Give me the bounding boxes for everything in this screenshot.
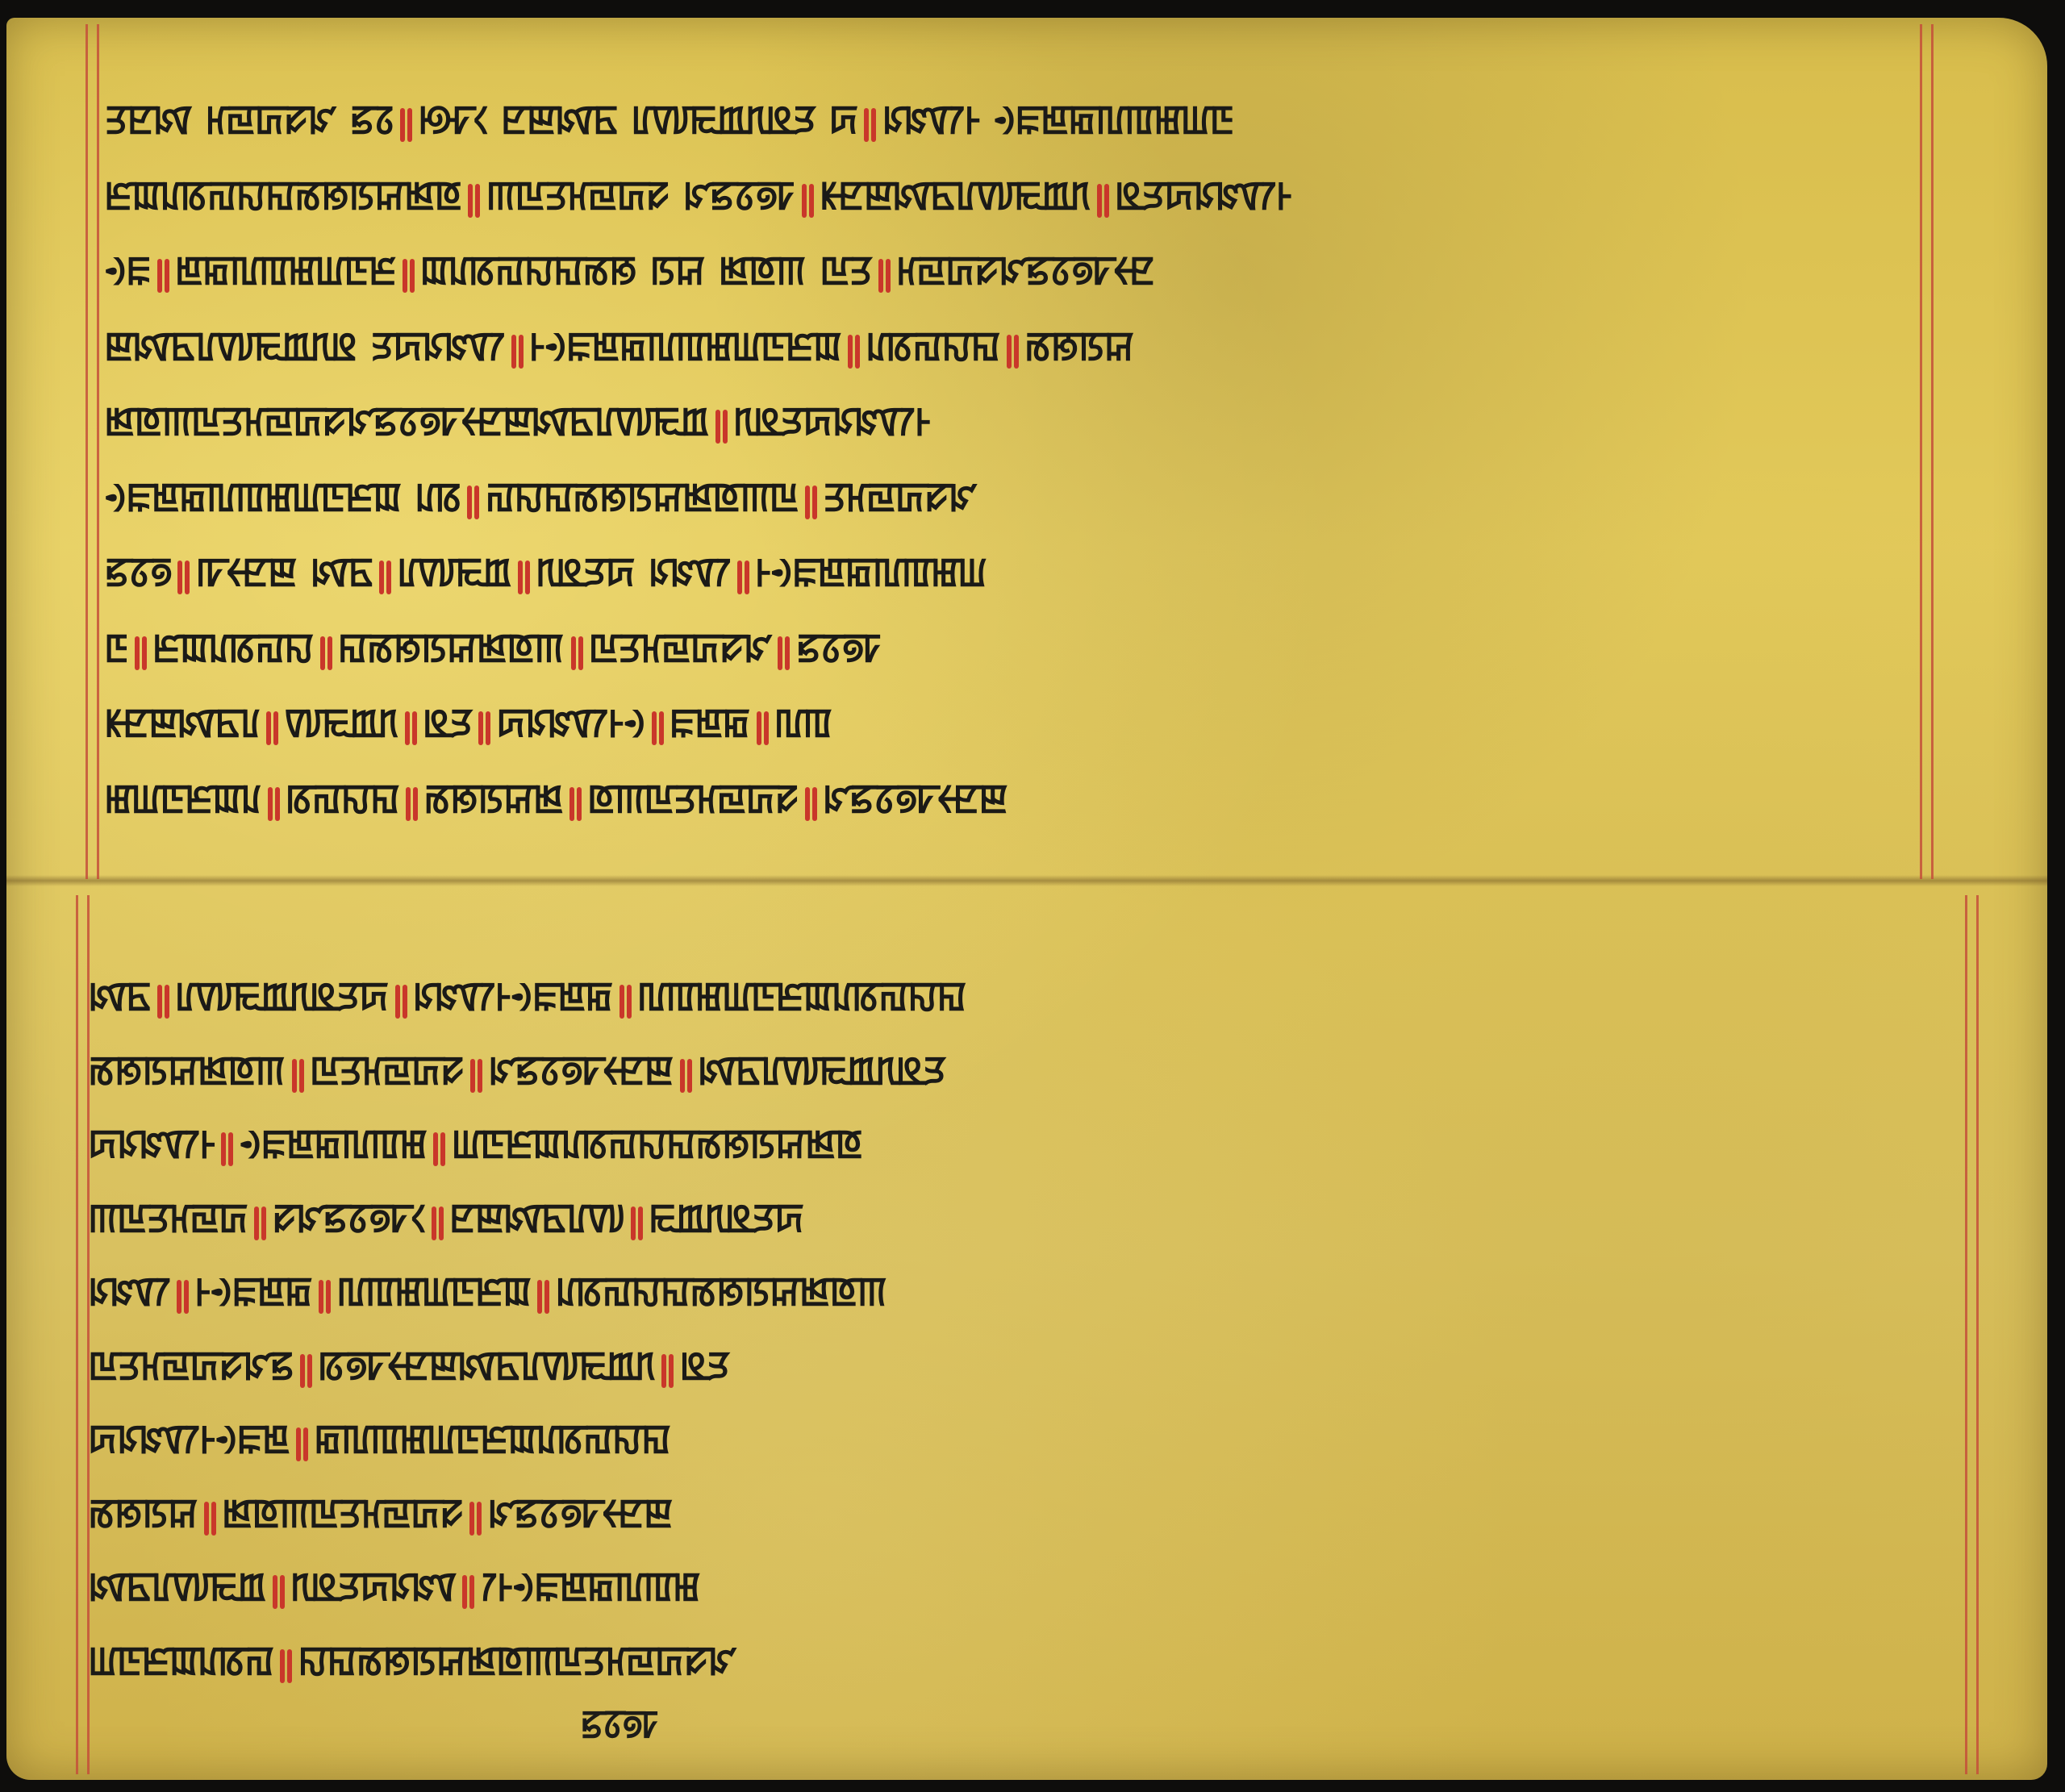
double-danda-mark (517, 559, 532, 596)
script-text: ꡲꡳꡀꡁꡂ (195, 1269, 313, 1315)
double-danda-mark (253, 1205, 268, 1242)
script-text: ꡁꡂꡃꡄꡅꡆꡇꡈ (176, 248, 397, 294)
double-danda-mark (291, 1057, 306, 1094)
double-danda-mark (478, 710, 492, 747)
double-danda-mark (279, 1648, 294, 1685)
script-text: ꡛꡜꡝꡞꡟꡠꡡ (273, 1194, 426, 1240)
upper-text-line: ꡣꡤꡥꡦꡧꡨꡩꡪꡫꡬ ꡭꡮꡯꡰꡱꡲꡳꡀꡁꡂꡃꡄꡅꡆꡇꡈꡉꡊꡋꡌꡍꡎꡏꡐꡑꡒ (105, 322, 1920, 370)
script-text: ꡃꡄꡅꡆꡇꡈꡉ (337, 1269, 532, 1315)
right-margin-rule-lower (1965, 895, 1967, 1774)
script-text: ꡕꡖꡗꡘꡙꡚꡛ ꡜꡝꡞꡟꡠ (486, 172, 795, 218)
double-danda-mark (1006, 333, 1020, 370)
double-danda-mark (378, 559, 393, 596)
double-danda-mark (570, 635, 585, 672)
lower-text-line: ꡏꡐꡑꡒꡓꡔꡕꡖꡗꡘꡙꡚꡛꡜꡝꡞꡟꡠꡡꡢꡣ (89, 1489, 1960, 1537)
script-text: ꡧꡨꡩꡪꡫ (285, 700, 398, 746)
double-danda-mark (536, 1278, 551, 1315)
script-text: ꡮꡯꡰꡱꡲꡳꡀꡁ (89, 1416, 290, 1462)
upper-text-line: ꡇꡈꡉꡊꡋꡌꡍꡎꡏꡐꡑꡒꡓꡔꡕꡖꡗꡘꡙꡚꡛꡜꡝꡞꡟꡠ (105, 623, 1920, 672)
lower-text-line: ꡯꡰꡱꡲꡳꡀꡁꡂꡃꡄꡅꡆꡇꡈꡉꡊꡋꡌꡍꡎꡏꡐꡑꡒꡓꡔꡕ (89, 1267, 1960, 1315)
script-text: ꡔꡕꡖꡗꡘꡙꡚꡛ (588, 775, 799, 821)
double-danda-mark (318, 1278, 332, 1315)
script-text: ꡖꡗꡘꡙꡚꡛꡜ (590, 624, 773, 670)
script-text: ꡈꡉꡊꡋꡌꡍꡎꡏꡐꡑꡒꡓꡔ (105, 172, 462, 218)
double-danda-mark (863, 106, 878, 144)
double-danda-mark (461, 1573, 476, 1611)
script-text: ꡜꡝꡞꡟꡠꡡꡢꡣ (824, 775, 1008, 821)
script-text: ꡏꡐꡑꡒꡓꡔꡕ (89, 1047, 286, 1093)
script-text: ꡬꡭ (680, 1342, 730, 1388)
script-text: ꡳꡀ (105, 248, 152, 294)
script-text: ꡩꡪꡫꡬꡭꡮ (649, 1194, 804, 1240)
script-text: ꡀꡁꡂ (670, 700, 751, 746)
double-danda-mark (299, 1352, 314, 1390)
double-danda-mark (431, 1205, 445, 1242)
script-text: ꡡꡢꡣꡤꡥꡦꡧꡨꡩꡪꡫ (820, 172, 1091, 218)
double-danda-mark (619, 983, 633, 1020)
right-margin-rule-upper (1920, 24, 1922, 879)
lower-text-line: ꡖꡗꡘꡙꡚꡛꡜꡝꡞꡟꡠꡡꡢꡣꡤꡥꡦꡧꡨꡩꡪꡫꡬꡭ (89, 1341, 1960, 1390)
script-text: ꡏꡐꡑꡒꡓ (424, 775, 564, 821)
double-danda-mark (134, 635, 148, 672)
script-text: ꡗꡢꡤ ꡘꡙꡚꡛꡜ ꡝꡞ (105, 97, 394, 143)
script-text: ꡏꡐꡑꡒ (1025, 323, 1135, 369)
marginal-note: ꡝꡞꡟꡠ (581, 1698, 659, 1746)
left-margin-rule-lower (76, 895, 78, 1774)
script-text: ꡮꡯꡰꡱꡲ (89, 1121, 215, 1167)
script-text: ꡋꡌꡍꡎ (286, 775, 401, 821)
double-danda-mark (156, 257, 171, 294)
upper-text-line: ꡝꡞꡟꡠꡡꡢꡣ ꡤꡥꡦꡧꡨꡩꡪꡫꡬꡭꡮ ꡯꡰꡱꡲꡳꡀꡁꡂꡃꡄꡅꡆ (105, 548, 1920, 596)
script-text: ꡯꡰꡱ (89, 1269, 171, 1315)
script-text: ꡯꡰꡱꡲ ꡳꡀꡁꡂꡃꡄꡅꡆꡇ (882, 97, 1234, 143)
double-danda-mark (156, 983, 171, 1020)
double-danda-mark (176, 1278, 190, 1315)
script-text: ꡲꡳꡀꡁꡂꡃꡄꡅꡆꡇꡈꡉ (530, 323, 842, 369)
double-danda-mark (220, 1131, 235, 1168)
script-text: ꡜꡝꡞꡟꡠꡡꡢꡣ (488, 1490, 673, 1536)
double-danda-mark (203, 1500, 218, 1537)
double-danda-mark (630, 1205, 645, 1242)
script-text: ꡢꡣꡤꡥꡦꡧꡨ (450, 1194, 625, 1240)
script-text: ꡞꡟꡠꡡꡢꡣꡤꡥꡦꡧꡨꡩꡪꡫ (319, 1342, 657, 1388)
script-text: ꡣꡤꡥꡦꡧꡨꡩꡪꡫꡬ ꡭꡮꡯꡰꡱ (105, 323, 506, 369)
lower-text-line: ꡏꡐꡑꡒꡓꡔꡕꡖꡗꡘꡙꡚꡛꡜꡝꡞꡟꡠꡡꡢꡣꡤꡥꡦꡧꡨꡩꡪꡫꡬꡭ (89, 1046, 1960, 1094)
double-danda-mark (432, 1131, 447, 1168)
double-danda-mark (511, 333, 525, 370)
right-margin-rule-lower-2 (1976, 895, 1979, 1774)
script-text: ꡳꡀꡁꡂꡃꡄꡅꡆꡇꡈꡉ ꡊꡋ (105, 473, 461, 519)
lower-text-line: ꡮꡯꡰꡱꡲꡳꡀꡁꡂꡃꡄꡅꡆꡇꡈꡉꡊꡋꡌꡍꡎ (89, 1415, 1960, 1463)
script-text: ꡎꡏꡐꡑꡒꡓꡔꡕ (339, 624, 565, 670)
double-danda-mark (404, 710, 419, 747)
script-text: ꡌꡍꡎꡏꡐꡑꡒꡓꡔꡕꡖ (486, 473, 799, 519)
script-text: ꡉꡊꡋꡌꡍꡎꡏꡐ ꡑꡒ ꡓꡔꡕ ꡖꡗ (421, 248, 873, 294)
script-text: ꡘꡙꡚꡛꡜꡝꡞꡟꡠꡡꡢ (897, 248, 1155, 294)
script-text: ꡫꡬꡭꡮꡯꡰ (291, 1564, 457, 1610)
upper-text-line: ꡡꡢꡣꡤꡥꡦꡧꡨꡩꡪꡫꡬꡭꡮꡯꡰꡱꡲꡳꡀꡁꡂꡃꡄ (105, 698, 1920, 747)
double-danda-mark (399, 106, 414, 144)
script-text: ꡅꡆꡇꡈꡉꡊ (105, 775, 262, 821)
double-danda-mark (804, 786, 819, 823)
script-text: ꡜꡝꡞꡟꡠꡡꡢꡣ (489, 1047, 674, 1093)
script-text: ꡦꡧꡨꡩꡪꡫꡬꡭꡮ (176, 973, 390, 1019)
double-danda-mark (272, 1573, 286, 1611)
lower-text-line: ꡮꡯꡰꡱꡲꡳꡀꡁꡂꡃꡄꡅꡆꡇꡈꡉꡊꡋꡌꡍꡎꡏꡐꡑꡒꡓꡔ (89, 1119, 1960, 1168)
script-text: ꡳꡀꡁꡂꡃꡄꡅ (240, 1121, 428, 1167)
script-text: ꡯꡰꡱꡲꡳꡀꡁꡂ (414, 973, 614, 1019)
script-text: ꡍꡎꡏꡐꡑꡒꡓꡔꡕꡖꡗꡘꡙꡚꡛꡜ (298, 1637, 736, 1683)
script-text: ꡊꡋꡌꡍꡎꡏꡐꡑꡒꡓꡔꡕ (556, 1269, 887, 1315)
double-danda-mark (177, 559, 191, 596)
script-text: ꡃꡄꡅꡆꡇꡈꡉꡊꡋꡌꡍꡎ (638, 973, 967, 1019)
double-danda-mark (651, 710, 665, 747)
double-danda-mark (402, 257, 416, 294)
double-danda-mark (661, 1352, 675, 1390)
double-danda-mark (777, 635, 791, 672)
script-text: ꡤꡥꡦꡧꡨꡩꡪꡫꡬꡭ (699, 1047, 946, 1093)
double-danda-mark (469, 1500, 483, 1537)
double-danda-mark (466, 484, 481, 521)
script-text: ꡤꡥꡦꡧꡨꡩꡪ (89, 1564, 267, 1610)
script-text: ꡕꡖꡗꡘꡙꡚ (89, 1194, 248, 1240)
double-danda-mark (394, 983, 409, 1020)
double-danda-mark (405, 786, 419, 823)
upper-text-line: ꡓꡔꡕꡖꡗꡘꡙꡚꡛꡜꡝꡞꡟꡠꡡꡢꡣꡤꡥꡦꡧꡨꡩꡪꡫꡬꡭꡮꡯꡰꡱꡲ (105, 397, 1920, 445)
script-text: ꡃꡄ (775, 700, 833, 746)
script-text: ꡦꡧꡨꡩꡪ (398, 549, 512, 595)
lower-text-line: ꡤꡥꡦꡧꡨꡩꡪꡫꡬꡭꡮꡯꡰꡱꡲꡳꡀꡁꡂꡃꡄꡅꡆꡇꡈꡉꡊꡋꡌꡍꡎ (89, 972, 1960, 1020)
upper-text-line: ꡳꡀꡁꡂꡃꡄꡅꡆꡇꡈꡉ ꡊꡋꡌꡍꡎꡏꡐꡑꡒꡓꡔꡕꡖꡗꡘꡙꡚꡛꡜ (105, 473, 1920, 521)
left-margin-rule-upper (86, 24, 88, 879)
script-text: ꡇ (105, 624, 129, 670)
double-danda-mark (804, 484, 819, 521)
double-danda-mark (756, 710, 770, 747)
script-text: ꡠꡡꡢꡣ ꡤꡥ (196, 549, 373, 595)
left-margin-rule-upper-2 (97, 24, 99, 879)
script-text: ꡫꡬꡭꡮ ꡯꡰꡱ (536, 549, 732, 595)
double-danda-mark (319, 635, 334, 672)
script-text: ꡓꡔꡕꡖꡗꡘꡙꡚꡛ (223, 1490, 464, 1536)
double-danda-mark (1096, 182, 1111, 219)
script-text: ꡝꡞꡟ (105, 549, 172, 595)
double-danda-mark (878, 257, 892, 294)
double-danda-mark (469, 1057, 484, 1094)
lower-text-line: ꡤꡥꡦꡧꡨꡩꡪꡫꡬꡭꡮꡯꡰꡱꡲꡳꡀꡁꡂꡃꡄꡅ (89, 1562, 1960, 1611)
upper-text-line: ꡅꡆꡇꡈꡉꡊꡋꡌꡍꡎꡏꡐꡑꡒꡓꡔꡕꡖꡗꡘꡙꡚꡛꡜꡝꡞꡟꡠꡡꡢꡣ (105, 774, 1920, 823)
upper-text-line: ꡗꡢꡤ ꡘꡙꡚꡛꡜ ꡝꡞꡟꡠꡡ ꡢꡣꡤꡥ ꡦꡧꡨꡩꡪꡫꡬꡭ ꡮꡯꡰꡱꡲ ꡳꡀꡁꡂ… (105, 95, 1920, 144)
double-danda-mark (265, 710, 280, 747)
lower-text-line: ꡕꡖꡗꡘꡙꡚꡛꡜꡝꡞꡟꡠꡡꡢꡣꡤꡥꡦꡧꡨꡩꡪꡫꡬꡭꡮ (89, 1194, 1960, 1242)
script-text: ꡲꡳꡀꡁꡂꡃꡄꡅꡆ (756, 549, 987, 595)
double-danda-mark (267, 786, 282, 823)
script-text: ꡈꡉꡊꡋꡌꡍ (153, 624, 315, 670)
script-text: ꡡꡢꡣꡤꡥꡦ (105, 700, 261, 746)
double-danda-mark (801, 182, 816, 219)
double-danda-mark (847, 333, 861, 370)
script-text: ꡝꡞꡟꡠ (796, 624, 882, 670)
script-text: ꡊꡋꡌꡍꡎ (866, 323, 1001, 369)
upper-text-line: ꡳꡀꡁꡂꡃꡄꡅꡆꡇꡈꡉꡊꡋꡌꡍꡎꡏꡐ ꡑꡒ ꡓꡔꡕ ꡖꡗꡘꡙꡚꡛꡜꡝꡞꡟꡠꡡꡢ (105, 246, 1920, 294)
center-fold-crease (6, 875, 2047, 886)
double-danda-mark (715, 408, 729, 445)
script-text: ꡓꡔꡕꡖꡗꡘꡙꡚꡛꡜꡝꡞꡟꡠꡡꡢꡣꡤꡥꡦꡧꡨꡩꡪ (105, 398, 710, 444)
script-text: ꡫꡬꡭꡮꡯꡰꡱꡲ (734, 398, 931, 444)
script-text: ꡆꡇꡈꡉꡊꡋꡌ (89, 1637, 274, 1683)
double-danda-mark (467, 182, 482, 219)
double-danda-mark (736, 559, 751, 596)
script-text: ꡬꡭ (423, 700, 473, 746)
right-margin-rule-upper-2 (1931, 24, 1934, 879)
double-danda-mark (569, 786, 583, 823)
script-text: ꡏꡐꡑꡒ (89, 1490, 198, 1536)
script-text: ꡬꡭꡮꡯꡰꡱꡲ (1116, 172, 1292, 218)
script-text: ꡖꡗꡘꡙꡚꡛ (311, 1047, 465, 1093)
double-danda-mark (295, 1426, 310, 1463)
script-text: ꡱꡲꡳꡀꡁꡂꡃꡄꡅ (481, 1564, 701, 1610)
script-text: ꡂꡃꡄꡅꡆꡇꡈꡉꡊꡋꡌꡍꡎ (315, 1416, 671, 1462)
lower-text-line: ꡆꡇꡈꡉꡊꡋꡌꡍꡎꡏꡐꡑꡒꡓꡔꡕꡖꡗꡘꡙꡚꡛꡜ (89, 1636, 1960, 1685)
double-danda-mark (679, 1057, 694, 1094)
script-text: ꡟꡠꡡ ꡢꡣꡤꡥ ꡦꡧꡨꡩꡪꡫꡬꡭ ꡮ (419, 97, 858, 143)
script-text: ꡖꡗꡘꡙꡚꡛꡜꡝ (89, 1342, 294, 1388)
upper-text-line: ꡈꡉꡊꡋꡌꡍꡎꡏꡐꡑꡒꡓꡔꡕꡖꡗꡘꡙꡚꡛ ꡜꡝꡞꡟꡠꡡꡢꡣꡤꡥꡦꡧꡨꡩꡪꡫꡬꡭꡮ… (105, 171, 1920, 219)
script-text: ꡤꡥ (89, 973, 152, 1019)
script-text: ꡗꡘꡙꡚꡛꡜ (824, 473, 978, 519)
script-text: ꡆꡇꡈꡉꡊꡋꡌꡍꡎꡏꡐꡑꡒꡓꡔ (452, 1121, 863, 1167)
script-text: ꡮꡯꡰꡱꡲꡳ (497, 700, 645, 746)
